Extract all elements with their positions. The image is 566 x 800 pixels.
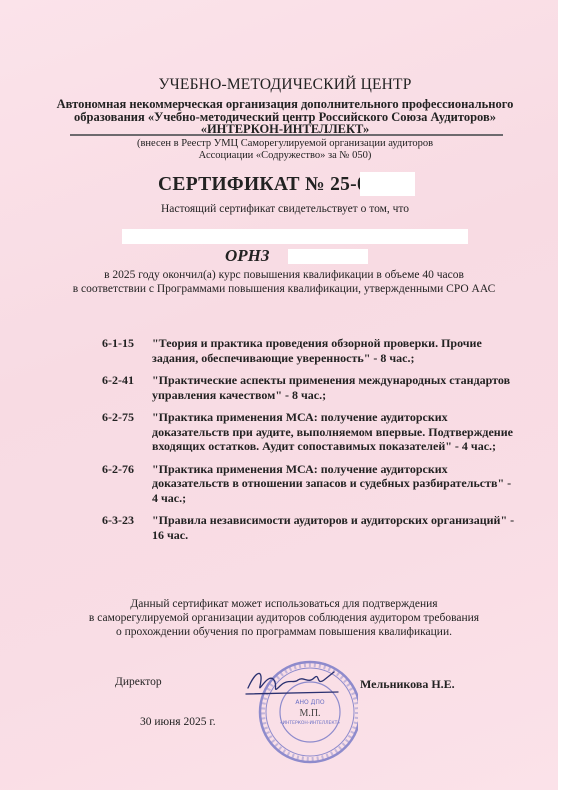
course-code: 6-2-75 (100, 410, 152, 454)
course-item: 6-2-75 "Практика применения МСА: получен… (100, 410, 520, 454)
course-code: 6-2-76 (100, 462, 152, 506)
course-item: 6-1-15 "Теория и практика проведения обз… (100, 336, 520, 365)
course-item: 6-2-76 "Практика применения МСА: получен… (100, 462, 520, 506)
usage-note: Данный сертификат может использоваться д… (0, 597, 566, 639)
usage-line-2: в саморегулируемой организации аудиторов… (0, 611, 566, 625)
course-item: 6-2-41 "Практические аспекты применения … (100, 373, 520, 402)
course-title: "Практические аспекты применения междуна… (152, 373, 520, 402)
issue-date: 30 июня 2025 г. (140, 716, 216, 728)
stamp-name: «ИНТЕРКОН-ИНТЕЛЛЕКТ» (280, 720, 340, 726)
course-title: "Практика применения МСА: получение ауди… (152, 462, 520, 506)
signature-icon (246, 672, 338, 694)
course-code: 6-2-41 (100, 373, 152, 402)
course-item: 6-3-23 "Правила независимости аудиторов … (100, 513, 520, 542)
center-title: УЧЕБНО-МЕТОДИЧЕСКИЙ ЦЕНТР (0, 76, 566, 94)
course-code: 6-1-15 (100, 336, 152, 365)
course-list: 6-1-15 "Теория и практика проведения обз… (100, 336, 520, 550)
course-title: "Теория и практика проведения обзорной п… (152, 336, 520, 365)
stamp-seal-icon: АНО ДПО М.П. «ИНТЕРКОН-ИНТЕЛЛЕКТ» (238, 650, 358, 770)
director-name: Мельникова Н.Е. (360, 677, 455, 692)
registry-line-2: Ассоциации «Содружество» за № 050) (0, 150, 566, 161)
director-label: Директор (115, 676, 162, 688)
redacted-ornz-number (288, 249, 368, 264)
attest-text: Настоящий сертификат свидетельствует о т… (0, 203, 566, 215)
course-title: "Практика применения МСА: получение ауди… (152, 410, 520, 454)
stamp-center: М.П. (299, 708, 320, 719)
certificate-page: УЧЕБНО-МЕТОДИЧЕСКИЙ ЦЕНТР Автономная нек… (0, 0, 558, 790)
redacted-recipient-name (122, 229, 468, 244)
course-title: "Правила независимости аудиторов и аудит… (152, 513, 520, 542)
ornz-label: ОРНЗ (225, 246, 270, 266)
course-code: 6-3-23 (100, 513, 152, 542)
usage-line-3: о прохождении обучения по программам пов… (0, 625, 566, 639)
header-divider (70, 134, 503, 136)
usage-line-1: Данный сертификат может использоваться д… (0, 597, 566, 611)
redacted-certificate-number (360, 172, 415, 196)
completion-line-1: в 2025 году окончил(а) курс повышения кв… (0, 269, 566, 281)
stamp-org: АНО ДПО (295, 699, 324, 706)
registry-line-1: (внесен в Реестр УМЦ Саморегулируемой ор… (0, 138, 566, 149)
completion-line-2: в соответствии с Программами повышения к… (0, 283, 566, 295)
